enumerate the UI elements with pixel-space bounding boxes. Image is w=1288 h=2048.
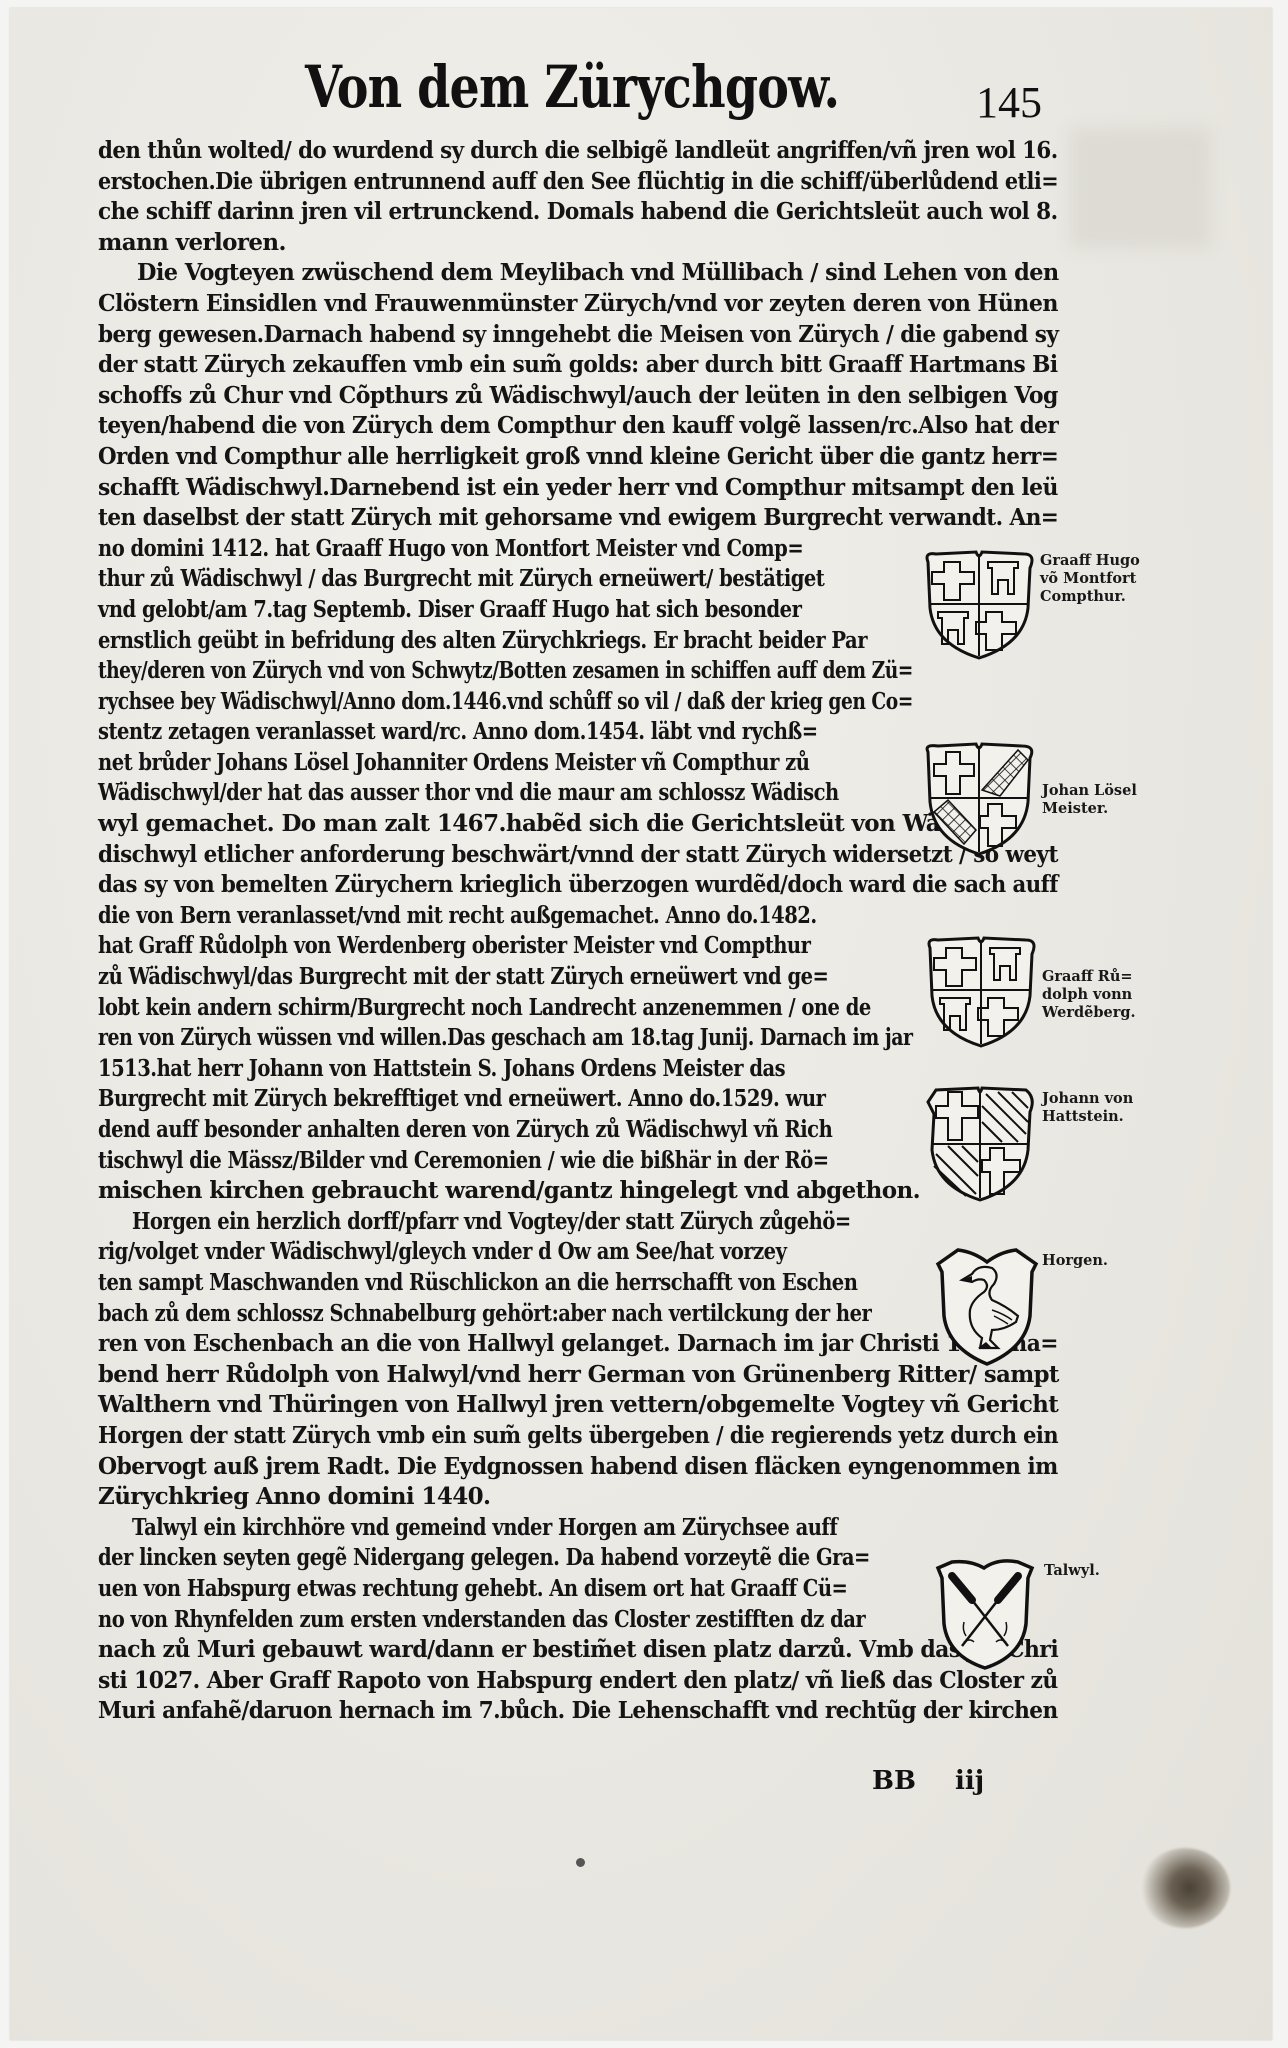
margin-note-horgen: Horgen. — [1042, 1252, 1108, 1270]
text-line: uen von Habspurg etwas rechtung gehebt. … — [98, 1574, 913, 1605]
text-line: wyl gemachet. Do man zalt 1467.habẽd sic… — [98, 809, 1058, 840]
text-line: erstochen.Die übrigen entrunnend auff de… — [98, 167, 965, 198]
page-title: Von dem Zürychgow. — [305, 53, 839, 121]
text-line: der lincken seyten gegẽ Nidergang gelege… — [98, 1543, 913, 1574]
book-page: Von dem Zürychgow. 145 den thůn wolted/ … — [10, 8, 1272, 2040]
text-line: teyen/habend die von Zürych dem Compthur… — [98, 411, 1001, 442]
text-line: rychsee bey Wädischwyl/Anno dom.1446.vnd… — [98, 687, 877, 718]
text-line: 1513.hat herr Johann von Hattstein S. Jo… — [98, 1054, 913, 1085]
text-line: mann verloren. — [98, 228, 1058, 259]
text-line: they/deren von Zürych vnd von Schwytz/Bo… — [98, 656, 876, 687]
text-line: ren von Zürych wüssen vnd willen.Das ges… — [98, 1023, 888, 1054]
text-line: Horgen der statt Zürych vmb ein sum̃ gel… — [98, 1421, 973, 1452]
text-line: bach zů dem schlossz Schnabelburg gehört… — [98, 1299, 913, 1330]
text-line: no domini 1412. hat Graaff Hugo von Mont… — [98, 534, 913, 565]
margin-note-hugo-montfort: Graaff Hugo võ Montfort Compthur. — [1040, 552, 1140, 606]
margin-note-johann-hattstein: Johann von Hattstein. — [1042, 1090, 1133, 1126]
text-line: dend auff besonder anhalten deren von Zü… — [98, 1115, 913, 1146]
text-line: no von Rhynfelden zum ersten vnderstande… — [98, 1605, 913, 1636]
body-text: den thůn wolted/ do wurdend sy durch die… — [98, 136, 1058, 1727]
text-line: berg gewesen.Darnach habend sy inngehebt… — [98, 320, 998, 351]
text-line: Talwyl ein kirchhöre vnd gemeind vnder H… — [98, 1513, 913, 1544]
text-line: schoffs zů Chur vnd Cõpthurs zů Wädischw… — [98, 381, 1017, 412]
page-header: Von dem Zürychgow. 145 — [10, 53, 1272, 133]
text-line: ernstlich geübt in befridung des alten Z… — [98, 626, 913, 657]
text-line: dischwyl etlicher anforderung beschwärt/… — [98, 840, 996, 871]
text-line: Die Vogteyen zwüschend dem Meylibach vnd… — [98, 258, 1034, 289]
text-line: mischen kirchen gebraucht warend/gantz h… — [98, 1176, 1058, 1207]
text-line: die von Bern veranlasset/vnd mit recht a… — [98, 901, 913, 932]
margin-note-talwyl: Talwyl. — [1044, 1562, 1100, 1580]
ink-bleed-through — [1070, 128, 1210, 248]
text-line: che schiff darinn jren vil ertrunckend. … — [98, 197, 999, 228]
text-line: sti 1027. Aber Graff Rapoto von Habspurg… — [98, 1666, 1011, 1697]
text-line: lobt kein andern schirm/Burgrecht noch L… — [98, 993, 913, 1024]
text-line: schafft Wädischwyl.Darnebend ist ein yed… — [98, 473, 1013, 504]
text-line: der statt Zürych zekauffen vmb ein sum̃ … — [98, 350, 1003, 381]
text-line: Burgrecht mit Zürych bekrefftiget vnd er… — [98, 1084, 913, 1115]
foxing-stain — [1140, 1848, 1230, 1928]
coat-of-arms-talwyl — [934, 1556, 1036, 1672]
coat-of-arms-montfort — [920, 548, 1038, 660]
text-line: net brůder Johans Lösel Johanniter Orden… — [98, 748, 913, 779]
text-line: ten daselbst der statt Zürych mit gehors… — [98, 503, 998, 534]
text-line: rig/volget vnder Wädischwyl/gleych vnder… — [98, 1237, 913, 1268]
text-line: tischwyl die Mässz/Bilder vnd Ceremonien… — [98, 1146, 913, 1177]
text-line: Horgen ein herzlich dorff/pfarr vnd Vogt… — [98, 1207, 913, 1238]
text-line: Zürychkrieg Anno domini 1440. — [98, 1482, 1058, 1513]
signature-mark: BB iij — [872, 1766, 984, 1796]
text-line: hat Graff Růdolph von Werdenberg oberist… — [98, 931, 913, 962]
text-line: das sy von bemelten Zürychern krieglich … — [98, 870, 985, 901]
coat-of-arms-horgen — [934, 1246, 1040, 1366]
text-line: ren von Eschenbach an die von Hallwyl ge… — [98, 1329, 1007, 1360]
text-line: Clöstern Einsidlen vnd Frauwenmünster Zü… — [98, 289, 1022, 320]
text-line: zů Wädischwyl/das Burgrecht mit der stat… — [98, 962, 913, 993]
text-line: Walthern vnd Thüringen von Hallwyl jren … — [98, 1390, 1049, 1421]
text-line: Wädischwyl/der hat das ausser thor vnd d… — [98, 778, 913, 809]
text-line: Muri anfahẽ/daruon hernach im 7.bůch. Di… — [98, 1696, 1002, 1727]
text-line: vnd gelobt/am 7.tag Septemb. Diser Graaf… — [98, 595, 913, 626]
text-line: nach zů Muri gebauwt ward/dann er bestim… — [98, 1635, 1017, 1666]
paper-speck — [576, 1858, 585, 1867]
text-line: stentz zetagen veranlasset ward/rc. Anno… — [98, 717, 913, 748]
coat-of-arms-loesel — [920, 740, 1038, 858]
text-line: ten sampt Maschwanden vnd Rüschlickon an… — [98, 1268, 913, 1299]
coat-of-arms-werdenberg — [922, 934, 1040, 1050]
coat-of-arms-hattstein — [922, 1084, 1038, 1204]
margin-note-rudolph-werdenberg: Graaff Rů= dolph vonn Werdẽberg. — [1042, 968, 1136, 1022]
text-line: thur zů Wädischwyl / das Burgrecht mit Z… — [98, 564, 913, 595]
text-line: bend herr Růdolph von Halwyl/vnd herr Ge… — [98, 1360, 1046, 1391]
text-line: den thůn wolted/ do wurdend sy durch die… — [98, 136, 989, 167]
text-line: Obervogt auß jrem Radt. Die Eydgnossen h… — [98, 1452, 1013, 1483]
page-number: 145 — [976, 77, 1042, 128]
margin-note-johan-loesel: Johan Lösel Meister. — [1042, 782, 1137, 818]
text-line: Orden vnd Compthur alle herrligkeit groß… — [98, 442, 989, 473]
